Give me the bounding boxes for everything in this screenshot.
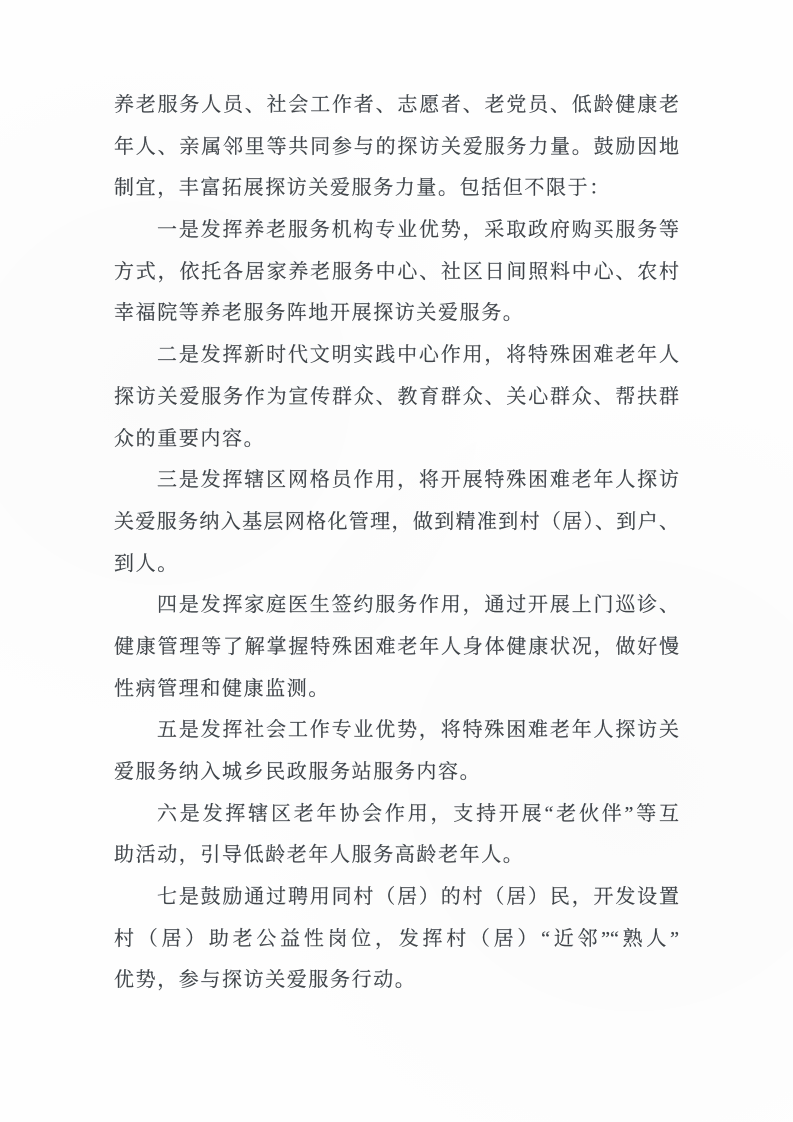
text-line: 到人。 [114,544,679,586]
text-line: 助活动，引导低龄老年人服务高龄老年人。 [114,835,679,877]
text-line: 众的重要内容。 [114,419,679,461]
document-page: 养老服务人员、社会工作者、志愿者、老党员、低龄健康老年人、亲属邻里等共同参与的探… [0,0,793,1122]
text-line: 一是发挥养老服务机构专业优势，采取政府购买服务等 [114,210,679,252]
text-line: 探访关爱服务作为宣传群众、教育群众、关心群众、帮扶群 [114,377,679,419]
document-body: 养老服务人员、社会工作者、志愿者、老党员、低龄健康老年人、亲属邻里等共同参与的探… [114,85,679,1002]
text-line: 幸福院等养老服务阵地开展探访关爱服务。 [114,293,679,335]
text-line: 七是鼓励通过聘用同村（居）的村（居）民，开发设置 [114,877,679,919]
text-line: 养老服务人员、社会工作者、志愿者、老党员、低龄健康老 [114,85,679,127]
text-line: 关爱服务纳入基层网格化管理，做到精准到村（居）、到户、 [114,502,679,544]
text-line: 四是发挥家庭医生签约服务作用，通过开展上门巡诊、 [114,585,679,627]
text-line: 方式，依托各居家养老服务中心、社区日间照料中心、农村 [114,252,679,294]
text-line: 二是发挥新时代文明实践中心作用，将特殊困难老年人 [114,335,679,377]
text-line: 健康管理等了解掌握特殊困难老年人身体健康状况，做好慢 [114,627,679,669]
text-line: 制宜，丰富拓展探访关爱服务力量。包括但不限于： [114,168,679,210]
text-line: 爱服务纳入城乡民政服务站服务内容。 [114,752,679,794]
text-line: 村（居）助老公益性岗位，发挥村（居）“近邻”“熟人” [114,919,679,961]
text-line: 年人、亲属邻里等共同参与的探访关爱服务力量。鼓励因地 [114,127,679,169]
text-line: 五是发挥社会工作专业优势，将特殊困难老年人探访关 [114,710,679,752]
text-line: 三是发挥辖区网格员作用，将开展特殊困难老年人探访 [114,460,679,502]
text-line: 优势，参与探访关爱服务行动。 [114,960,679,1002]
text-line: 性病管理和健康监测。 [114,669,679,711]
text-line: 六是发挥辖区老年协会作用，支持开展“老伙伴”等互 [114,794,679,836]
